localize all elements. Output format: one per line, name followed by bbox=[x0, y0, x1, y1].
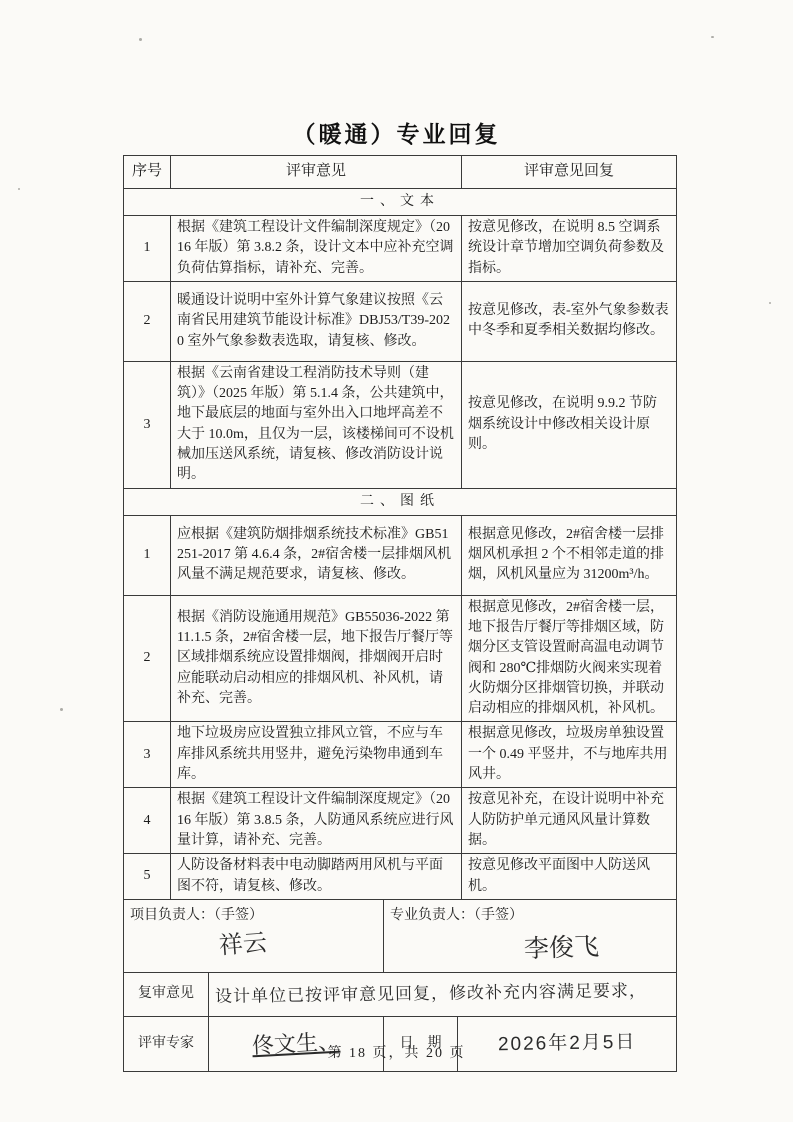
table-row: 4 根据《建筑工程设计文件编制深度规定》（2016 年版）第 3.8.5 条，人… bbox=[124, 788, 677, 854]
signature-row-table: 项目负责人：（手签） 祥云 专业负责人：（手签） 李俊飞 bbox=[123, 899, 677, 973]
project-lead-label: 项目负责人：（手签） bbox=[130, 908, 263, 923]
table-row: 2 暖通设计说明中室外计算气象建议按照《云南省民用建筑节能设计标准》DBJ53/… bbox=[124, 281, 677, 361]
review-table-container: 序号 评审意见 评审意见回复 一、文本 1 根据《建筑工程设计文件编制深度规定》… bbox=[123, 155, 676, 1072]
table-header-row: 序号 评审意见 评审意见回复 bbox=[124, 156, 677, 189]
rereview-row: 复审意见 设计单位已按评审意见回复，修改补充内容满足要求， bbox=[124, 972, 677, 1016]
reply-cell: 按意见修改，在说明 9.9.2 节防烟系统设计中修改相关设计原则。 bbox=[462, 361, 677, 488]
table-row: 3 地下垃圾房应设置独立排风立管，不应与车库排风系统共用竖井，避免污染物串通到车… bbox=[124, 722, 677, 788]
rereview-handwritten-text: 设计单位已按评审意见回复，修改补充内容满足要求， bbox=[215, 979, 647, 1010]
scan-speck bbox=[769, 302, 771, 304]
reply-cell: 根据意见修改，2#宿舍楼一层排烟风机承担 2 个不相邻走道的排烟，风机风量应为 … bbox=[462, 515, 677, 595]
comment-cell: 人防设备材料表中电动脚踏两用风机与平面图不符，请复核、修改。 bbox=[171, 854, 462, 900]
comment-cell: 根据《建筑工程设计文件编制深度规定》（2016 年版）第 3.8.2 条，设计文… bbox=[171, 216, 462, 282]
reply-cell: 按意见修改，在说明 8.5 空调系统设计章节增加空调负荷参数及指标。 bbox=[462, 216, 677, 282]
comment-cell: 应根据《建筑防烟排烟系统技术标准》GB51251-2017 第 4.6.4 条，… bbox=[171, 515, 462, 595]
comment-cell: 根据《建筑工程设计文件编制深度规定》（2016 年版）第 3.8.5 条，人防通… bbox=[171, 788, 462, 854]
page-number-footer: 第 18 页，共 20 页 bbox=[0, 1042, 793, 1062]
table-row: 3 根据《云南省建设工程消防技术导则（建筑）》（2025 年版）第 5.1.4 … bbox=[124, 361, 677, 488]
scan-speck bbox=[139, 38, 142, 41]
comment-cell: 暖通设计说明中室外计算气象建议按照《云南省民用建筑节能设计标准》DBJ53/T3… bbox=[171, 281, 462, 361]
comment-cell: 地下垃圾房应设置独立排风立管，不应与车库排风系统共用竖井，避免污染物串通到车库。 bbox=[171, 722, 462, 788]
table-row: 1 应根据《建筑防烟排烟系统技术标准》GB51251-2017 第 4.6.4 … bbox=[124, 515, 677, 595]
row-number-cell: 1 bbox=[124, 515, 171, 595]
comment-cell: 根据《云南省建设工程消防技术导则（建筑）》（2025 年版）第 5.1.4 条，… bbox=[171, 361, 462, 488]
signature-row: 项目负责人：（手签） 祥云 专业负责人：（手签） 李俊飞 bbox=[124, 899, 677, 972]
project-lead-cell: 项目负责人：（手签） 祥云 bbox=[124, 899, 384, 972]
row-number-cell: 4 bbox=[124, 788, 171, 854]
scan-speck bbox=[711, 36, 714, 38]
header-no: 序号 bbox=[124, 156, 171, 189]
header-reply: 评审意见回复 bbox=[462, 156, 677, 189]
row-number-cell: 1 bbox=[124, 216, 171, 282]
chief-engineer-signature: 李俊飞 bbox=[523, 929, 599, 968]
table-row: 5 人防设备材料表中电动脚踏两用风机与平面图不符，请复核、修改。 按意见修改平面… bbox=[124, 854, 677, 900]
rereview-row-table: 复审意见 设计单位已按评审意见回复，修改补充内容满足要求， bbox=[123, 972, 677, 1017]
scanned-document-page: （暖通）专业回复 序号 评审意见 评审意见回复 一、文本 1 根据《建筑工程设计… bbox=[0, 0, 793, 1122]
reply-cell: 根据意见修改，2#宿舍楼一层，地下报告厅餐厅等排烟区域，防烟分区支管设置耐高温电… bbox=[462, 595, 677, 722]
rereview-label: 复审意见 bbox=[124, 972, 209, 1016]
section-row-drawings: 二、图纸 bbox=[124, 488, 677, 515]
table-row: 1 根据《建筑工程设计文件编制深度规定》（2016 年版）第 3.8.2 条，设… bbox=[124, 216, 677, 282]
chief-engineer-label: 专业负责人：（手签） bbox=[390, 908, 523, 923]
table-row: 2 根据《消防设施通用规范》GB55036-2022 第 11.1.5 条，2#… bbox=[124, 595, 677, 722]
scan-speck bbox=[60, 708, 63, 711]
row-number-cell: 3 bbox=[124, 361, 171, 488]
section-row-text: 一、文本 bbox=[124, 189, 677, 216]
page-title: （暖通）专业回复 bbox=[0, 116, 793, 149]
section-title: 二、图纸 bbox=[124, 488, 677, 515]
row-number-cell: 5 bbox=[124, 854, 171, 900]
rereview-content-cell: 设计单位已按评审意见回复，修改补充内容满足要求， bbox=[209, 972, 677, 1016]
row-number-cell: 3 bbox=[124, 722, 171, 788]
chief-engineer-cell: 专业负责人：（手签） 李俊飞 bbox=[384, 899, 677, 972]
reply-cell: 按意见修改，表-室外气象参数表中冬季和夏季相关数据均修改。 bbox=[462, 281, 677, 361]
reply-cell: 按意见修改平面图中人防送风机。 bbox=[462, 854, 677, 900]
section-title: 一、文本 bbox=[124, 189, 677, 216]
project-lead-signature: 祥云 bbox=[218, 926, 268, 964]
reply-cell: 按意见补充，在设计说明中补充人防防护单元通风风量计算数据。 bbox=[462, 788, 677, 854]
header-comment: 评审意见 bbox=[171, 156, 462, 189]
review-comments-table: 序号 评审意见 评审意见回复 一、文本 1 根据《建筑工程设计文件编制深度规定》… bbox=[123, 155, 677, 900]
scan-speck bbox=[18, 188, 20, 190]
row-number-cell: 2 bbox=[124, 281, 171, 361]
comment-cell: 根据《消防设施通用规范》GB55036-2022 第 11.1.5 条，2#宿舍… bbox=[171, 595, 462, 722]
reply-cell: 根据意见修改，垃圾房单独设置一个 0.49 平竖井，不与地库共用风井。 bbox=[462, 722, 677, 788]
row-number-cell: 2 bbox=[124, 595, 171, 722]
